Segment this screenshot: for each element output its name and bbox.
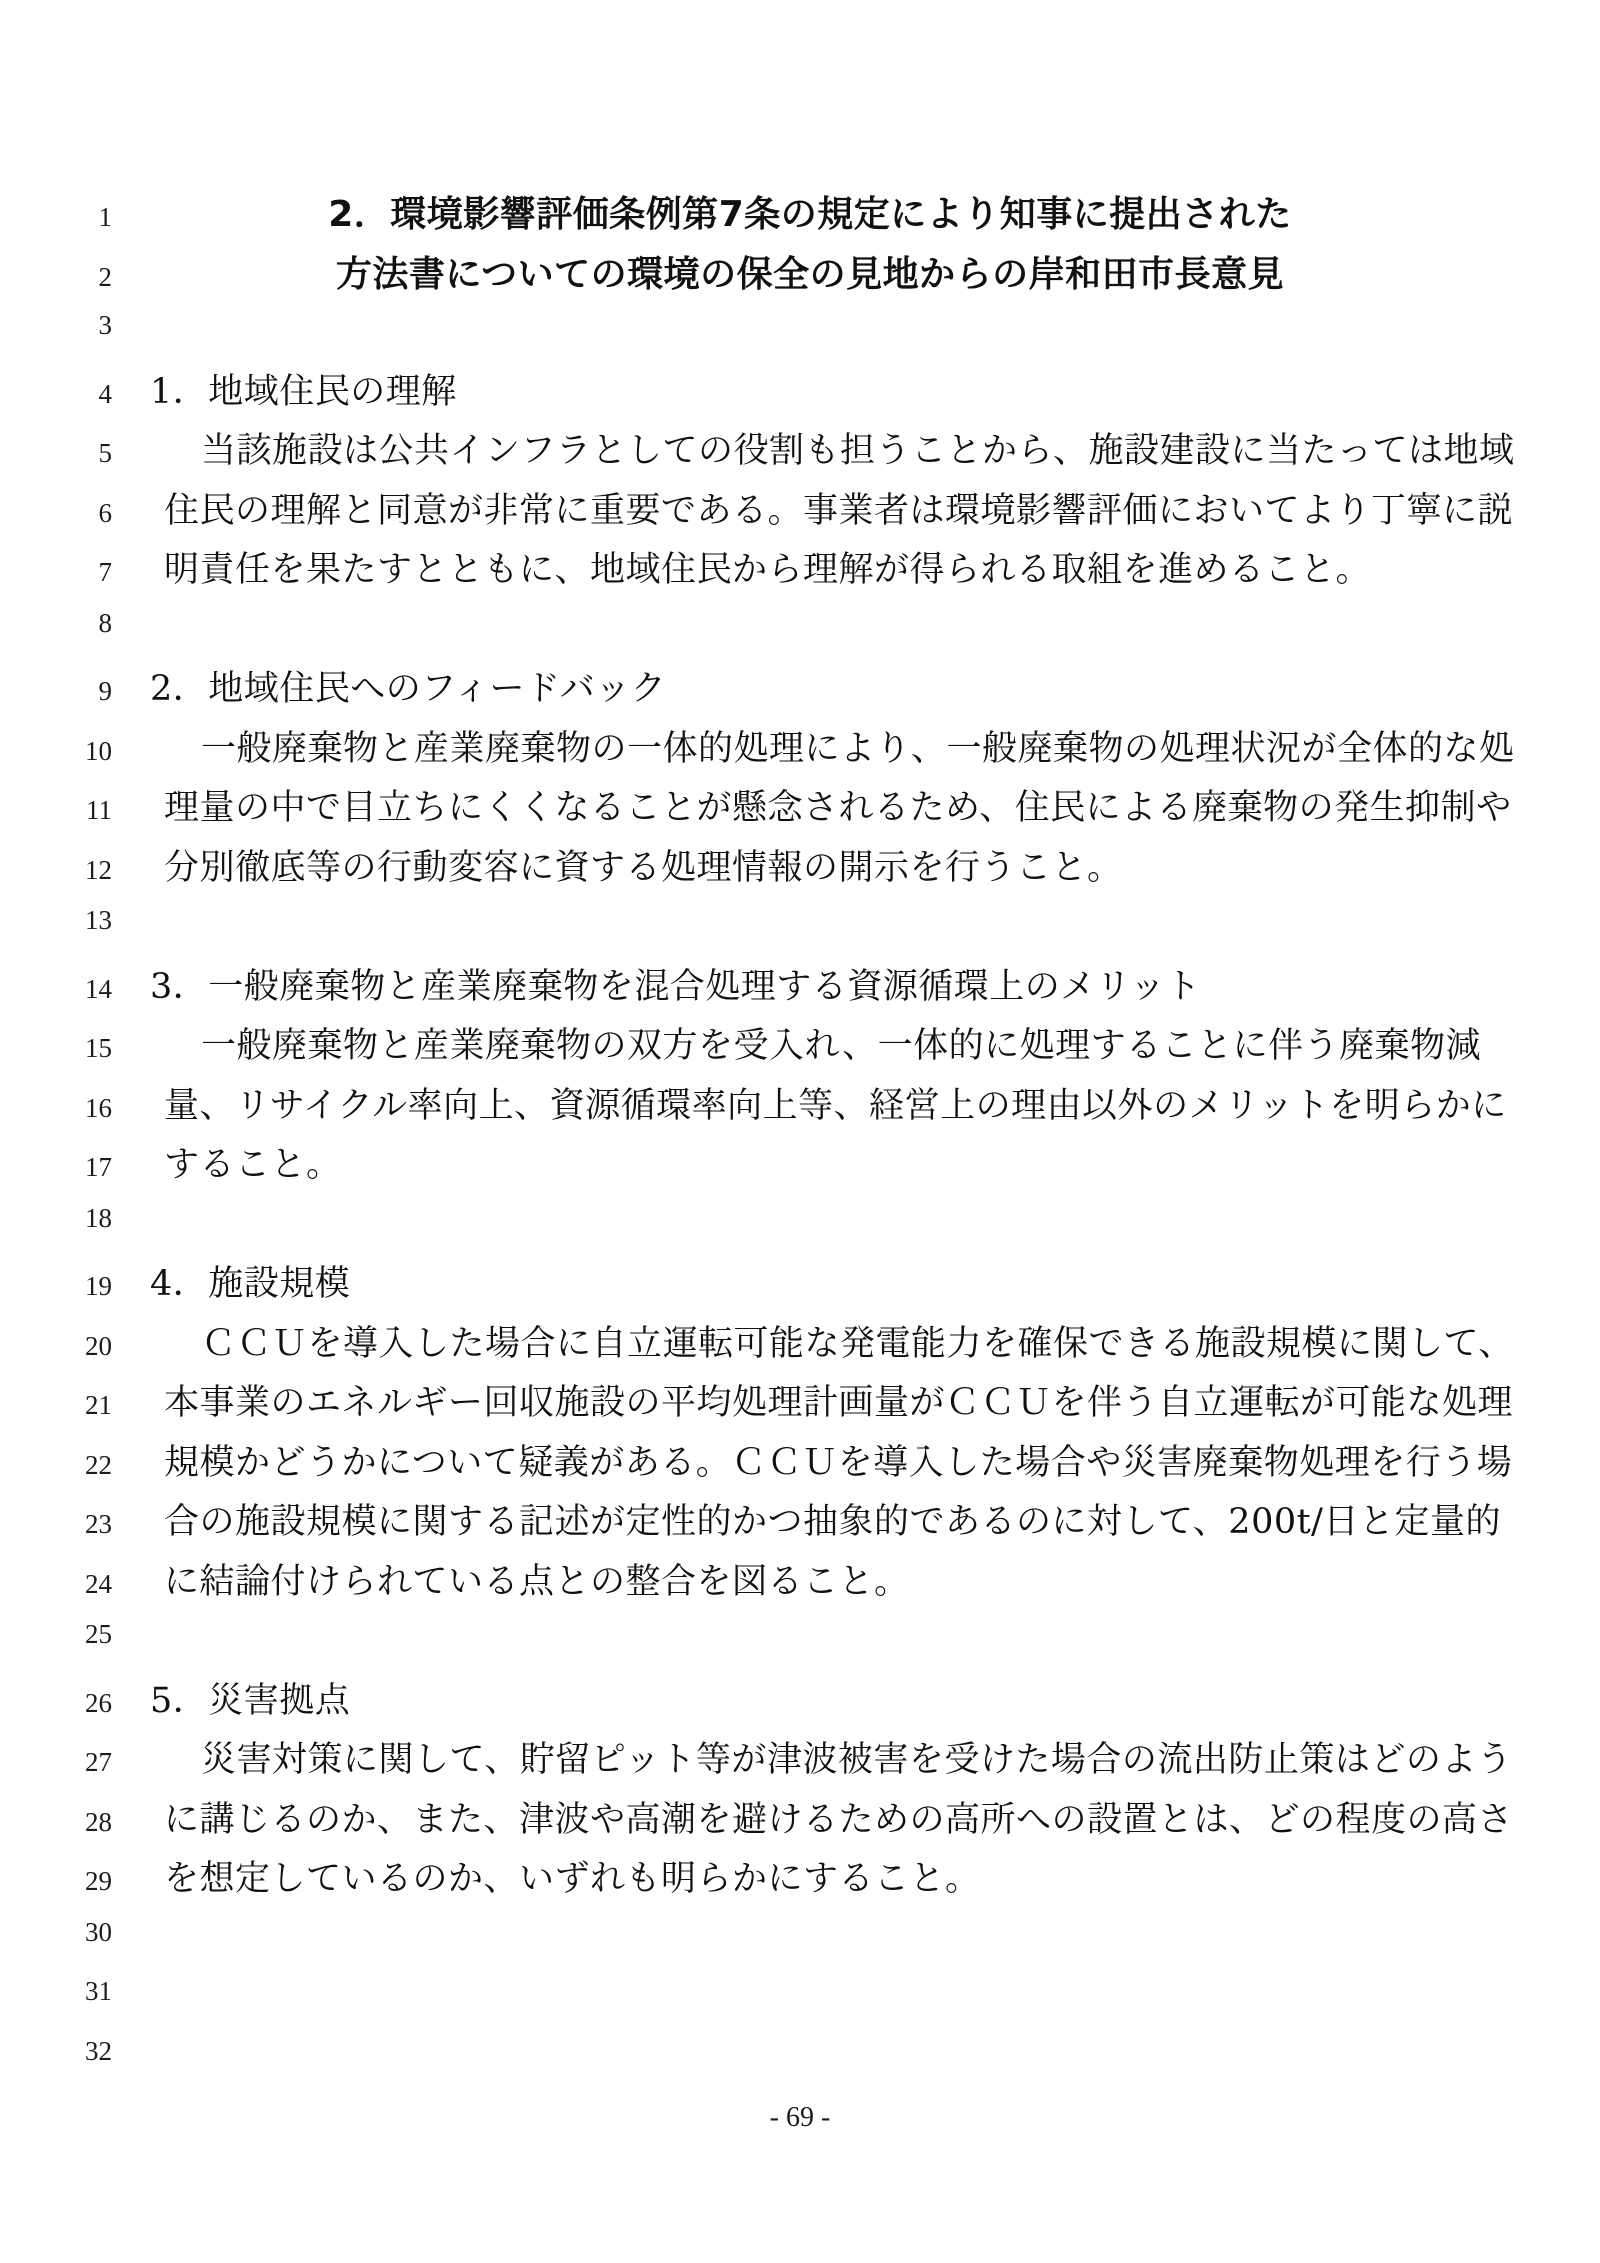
line-number: 21 (0, 1391, 112, 1421)
line-text: 本事業のエネルギー回収施設の平均処理計画量がＣＣＵを伴う自立運転が可能な処理 (150, 1382, 1513, 1426)
line-number: 4 (0, 380, 112, 410)
document-page: 12．環境影響評価条例第7条の規定により知事に提出された2方法書についての環境の… (0, 0, 1600, 2263)
line-text: 住民の理解と同意が非常に重要である。事業者は環境影響評価においてより丁寧に説 (150, 490, 1513, 534)
line-row: 15一般廃棄物と産業廃棄物の双方を受入れ、一体的に処理することに伴う廃棄物減 (0, 1025, 1600, 1085)
line-row: 21本事業のエネルギー回収施設の平均処理計画量がＣＣＵを伴う自立運転が可能な処理 (0, 1382, 1600, 1442)
line-text: 合の施設規模に関する記述が定性的かつ抽象的であるのに対して、200t/日と定量的 (150, 1501, 1501, 1545)
line-number: 6 (0, 499, 112, 529)
line-text: 量、リサイクル率向上、資源循環率向上等、経営上の理由以外のメリットを明らかに (150, 1085, 1507, 1129)
line-row: 22規模かどうかについて疑義がある。ＣＣＵを導入した場合や災害廃棄物処理を行う場 (0, 1442, 1600, 1502)
line-row: 6住民の理解と同意が非常に重要である。事業者は環境影響評価においてより丁寧に説 (0, 490, 1600, 550)
line-number: 14 (0, 975, 112, 1005)
line-number: 32 (0, 2037, 112, 2067)
line-row: 10一般廃棄物と産業廃棄物の一体的処理により、一般廃棄物の処理状況が全体的な処 (0, 728, 1600, 788)
line-text: 分別徹底等の行動変容に資する処理情報の開示を行うこと。 (150, 847, 1470, 891)
line-text: に講じるのか、また、津波や高潮を避けるための高所への設置とは、どの程度の高さ (150, 1799, 1513, 1843)
line-number: 8 (0, 609, 112, 639)
section-heading: 3．一般廃棄物と産業廃棄物を混合処理する資源循環上のメリット (150, 966, 1470, 1010)
line-row: 2方法書についての環境の保全の見地からの岸和田市長意見 (0, 252, 1600, 312)
line-number: 24 (0, 1570, 112, 1600)
line-row: 143．一般廃棄物と産業廃棄物を混合処理する資源循環上のメリット (0, 966, 1600, 1026)
line-number: 29 (0, 1867, 112, 1897)
line-row: 32 (0, 2037, 1600, 2097)
line-row: 16量、リサイクル率向上、資源循環率向上等、経営上の理由以外のメリットを明らかに (0, 1085, 1600, 1145)
line-text: に結論付けられている点との整合を図ること。 (150, 1561, 1470, 1605)
line-text: 災害対策に関して、貯留ピット等が津波被害を受けた場合の流出防止策はどのよう (150, 1739, 1512, 1783)
line-text: を想定しているのか、いずれも明らかにすること。 (150, 1858, 1470, 1902)
line-number: 27 (0, 1748, 112, 1778)
line-row: 8 (0, 609, 1600, 669)
line-row: 12分別徹底等の行動変容に資する処理情報の開示を行うこと。 (0, 847, 1600, 907)
line-row: 24に結論付けられている点との整合を図ること。 (0, 1561, 1600, 1621)
line-row: 41．地域住民の理解 (0, 371, 1600, 431)
line-row: 11理量の中で目立ちにくくなることが懸念されるため、住民による廃棄物の発生抑制や (0, 787, 1600, 847)
line-number: 10 (0, 737, 112, 767)
line-number: 12 (0, 856, 112, 886)
line-row: 27災害対策に関して、貯留ピット等が津波被害を受けた場合の流出防止策はどのよう (0, 1739, 1600, 1799)
page-footer: - 69 - (0, 2102, 1600, 2134)
line-number: 18 (0, 1204, 112, 1234)
line-text: すること。 (150, 1144, 1470, 1188)
line-row: 12．環境影響評価条例第7条の規定により知事に提出された (0, 192, 1600, 252)
line-number: 28 (0, 1808, 112, 1838)
section-heading: 5．災害拠点 (150, 1680, 1470, 1724)
line-row: 31 (0, 1977, 1600, 2037)
section-heading: 4．施設規模 (150, 1263, 1470, 1307)
document-body: 12．環境影響評価条例第7条の規定により知事に提出された2方法書についての環境の… (0, 192, 1600, 2096)
line-row: 20ＣＣＵを導入した場合に自立運転可能な発電能力を確保できる施設規模に関して、 (0, 1323, 1600, 1383)
line-row: 25 (0, 1620, 1600, 1680)
line-text: ＣＣＵを導入した場合に自立運転可能な発電能力を確保できる施設規模に関して、 (150, 1323, 1514, 1367)
section-heading: 1．地域住民の理解 (150, 371, 1470, 415)
line-number: 15 (0, 1034, 112, 1064)
line-number: 13 (0, 906, 112, 936)
line-number: 30 (0, 1918, 112, 1948)
line-number: 26 (0, 1689, 112, 1719)
line-text: 一般廃棄物と産業廃棄物の双方を受入れ、一体的に処理することに伴う廃棄物減 (150, 1025, 1481, 1069)
line-number: 22 (0, 1451, 112, 1481)
document-title-line: 方法書についての環境の保全の見地からの岸和田市長意見 (150, 252, 1470, 297)
line-number: 19 (0, 1272, 112, 1302)
line-number: 2 (0, 263, 112, 293)
line-number: 11 (0, 796, 112, 826)
line-text: 規模かどうかについて疑義がある。ＣＣＵを導入した場合や災害廃棄物処理を行う場 (150, 1442, 1512, 1486)
line-number: 20 (0, 1332, 112, 1362)
line-row: 13 (0, 906, 1600, 966)
line-row: 194．施設規模 (0, 1263, 1600, 1323)
line-number: 23 (0, 1510, 112, 1540)
line-text: 明責任を果たすとともに、地域住民から理解が得られる取組を進めること。 (150, 549, 1470, 593)
line-text: 理量の中で目立ちにくくなることが懸念されるため、住民による廃棄物の発生抑制や (150, 787, 1512, 831)
line-number: 16 (0, 1094, 112, 1124)
line-row: 17すること。 (0, 1144, 1600, 1204)
line-number: 31 (0, 1977, 112, 2007)
line-row: 7明責任を果たすとともに、地域住民から理解が得られる取組を進めること。 (0, 549, 1600, 609)
line-number: 1 (0, 203, 112, 233)
line-row: 29を想定しているのか、いずれも明らかにすること。 (0, 1858, 1600, 1918)
line-number: 7 (0, 558, 112, 588)
section-heading: 2．地域住民へのフィードバック (150, 668, 1470, 712)
line-row: 92．地域住民へのフィードバック (0, 668, 1600, 728)
document-title-line: 2．環境影響評価条例第7条の規定により知事に提出された (150, 192, 1470, 237)
line-text: 当該施設は公共インフラとしての役割も担うことから、施設建設に当たっては地域 (150, 430, 1515, 474)
line-number: 9 (0, 677, 112, 707)
page-number: - 69 - (770, 2102, 831, 2133)
line-row: 265．災害拠点 (0, 1680, 1600, 1740)
line-row: 28に講じるのか、また、津波や高潮を避けるための高所への設置とは、どの程度の高さ (0, 1799, 1600, 1859)
line-row: 3 (0, 311, 1600, 371)
line-row: 23合の施設規模に関する記述が定性的かつ抽象的であるのに対して、200t/日と定… (0, 1501, 1600, 1561)
line-row: 30 (0, 1918, 1600, 1978)
line-text: 一般廃棄物と産業廃棄物の一体的処理により、一般廃棄物の処理状況が全体的な処 (150, 728, 1515, 772)
line-row: 5当該施設は公共インフラとしての役割も担うことから、施設建設に当たっては地域 (0, 430, 1600, 490)
line-number: 3 (0, 311, 112, 341)
line-number: 25 (0, 1620, 112, 1650)
line-row: 18 (0, 1204, 1600, 1264)
line-number: 17 (0, 1153, 112, 1183)
line-number: 5 (0, 439, 112, 469)
